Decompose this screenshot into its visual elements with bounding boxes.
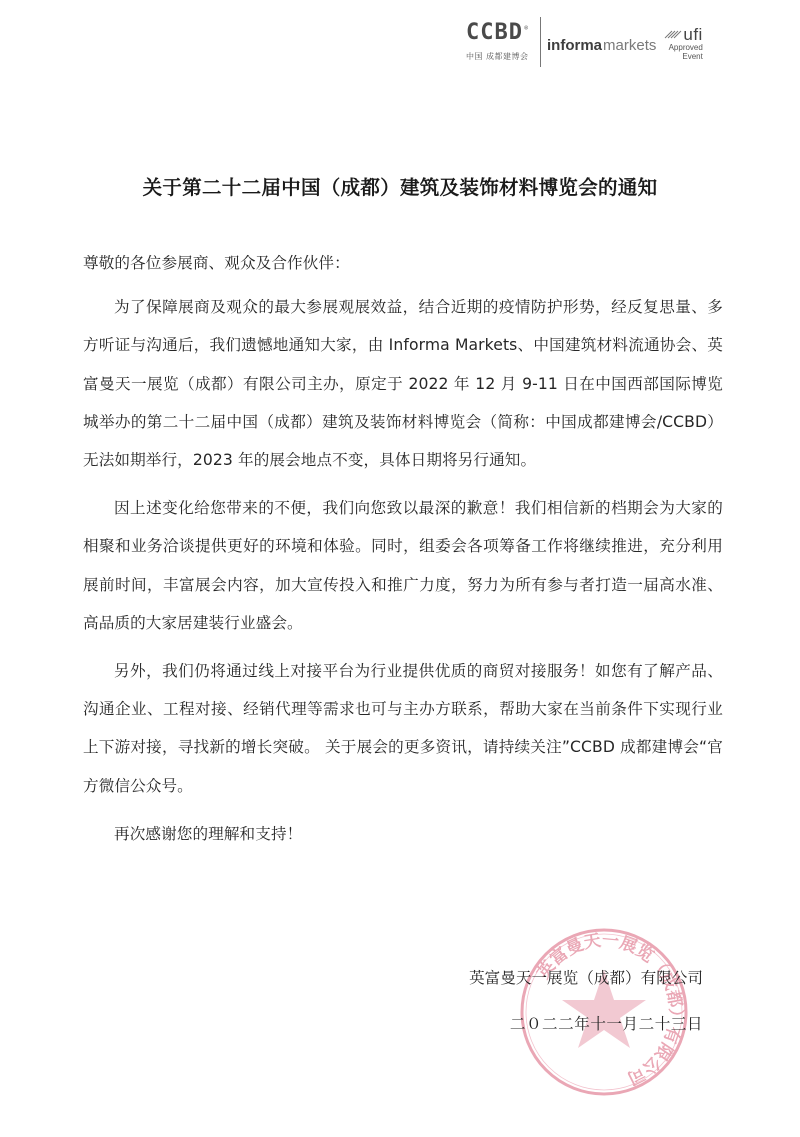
ccbd-logo-subtitle: 中国 成都建博会 (466, 52, 529, 62)
ufi-approved-text: Approved (669, 43, 703, 52)
paragraph-thanks: 再次感谢您的理解和支持！ (83, 815, 723, 853)
paragraph-online-services: 另外，我们仍将通过线上对接平台为行业提供优质的商贸对接服务！如您有了解产品、沟通… (83, 652, 723, 805)
signature-date: 二０二二年十一月二十三日 (510, 1012, 703, 1034)
header-logo-bar: CCBD® 中国 成都建博会 informa markets ufi Appro… (466, 14, 703, 70)
informa-logo-light: markets (603, 37, 656, 54)
svg-text:英富曼天一展览（成都）有限公司: 英富曼天一展览（成都）有限公司 (534, 931, 687, 1089)
ufi-wave-icon (664, 29, 682, 39)
ufi-logo-text: ufi (683, 26, 702, 43)
document-body: 尊敬的各位参展商、观众及合作伙伴： 为了保障展商及观众的最大参展观展效益，结合近… (83, 244, 723, 853)
signature-company-name: 英富曼天一展览（成都）有限公司 (469, 966, 703, 988)
registered-mark-icon: ® (524, 18, 529, 40)
paragraph-cancellation-notice: 为了保障展商及观众的最大参展观展效益，结合近期的疫情防护形势，经反复思量、多方听… (83, 288, 723, 479)
ufi-event-text: Event (682, 52, 702, 61)
paragraph-apology: 因上述变化给您带来的不便，我们向您致以最深的歉意！我们相信新的档期会为大家的相聚… (83, 489, 723, 642)
document-title: 关于第二十二届中国（成都）建筑及装饰材料博览会的通知 (0, 172, 800, 200)
greeting-line: 尊敬的各位参展商、观众及合作伙伴： (83, 244, 723, 282)
ufi-logo-top: ufi (664, 26, 702, 43)
logo-divider (540, 17, 541, 67)
ccbd-logo-text: CCBD (466, 20, 523, 45)
ufi-approved-logo: ufi Approved Event (664, 26, 702, 61)
ccbd-logo-mark: CCBD® (466, 22, 523, 44)
informa-logo-bold: informa (547, 37, 602, 54)
ccbd-logo: CCBD® 中国 成都建博会 (466, 22, 534, 62)
informa-markets-logo: informa markets (547, 37, 656, 54)
